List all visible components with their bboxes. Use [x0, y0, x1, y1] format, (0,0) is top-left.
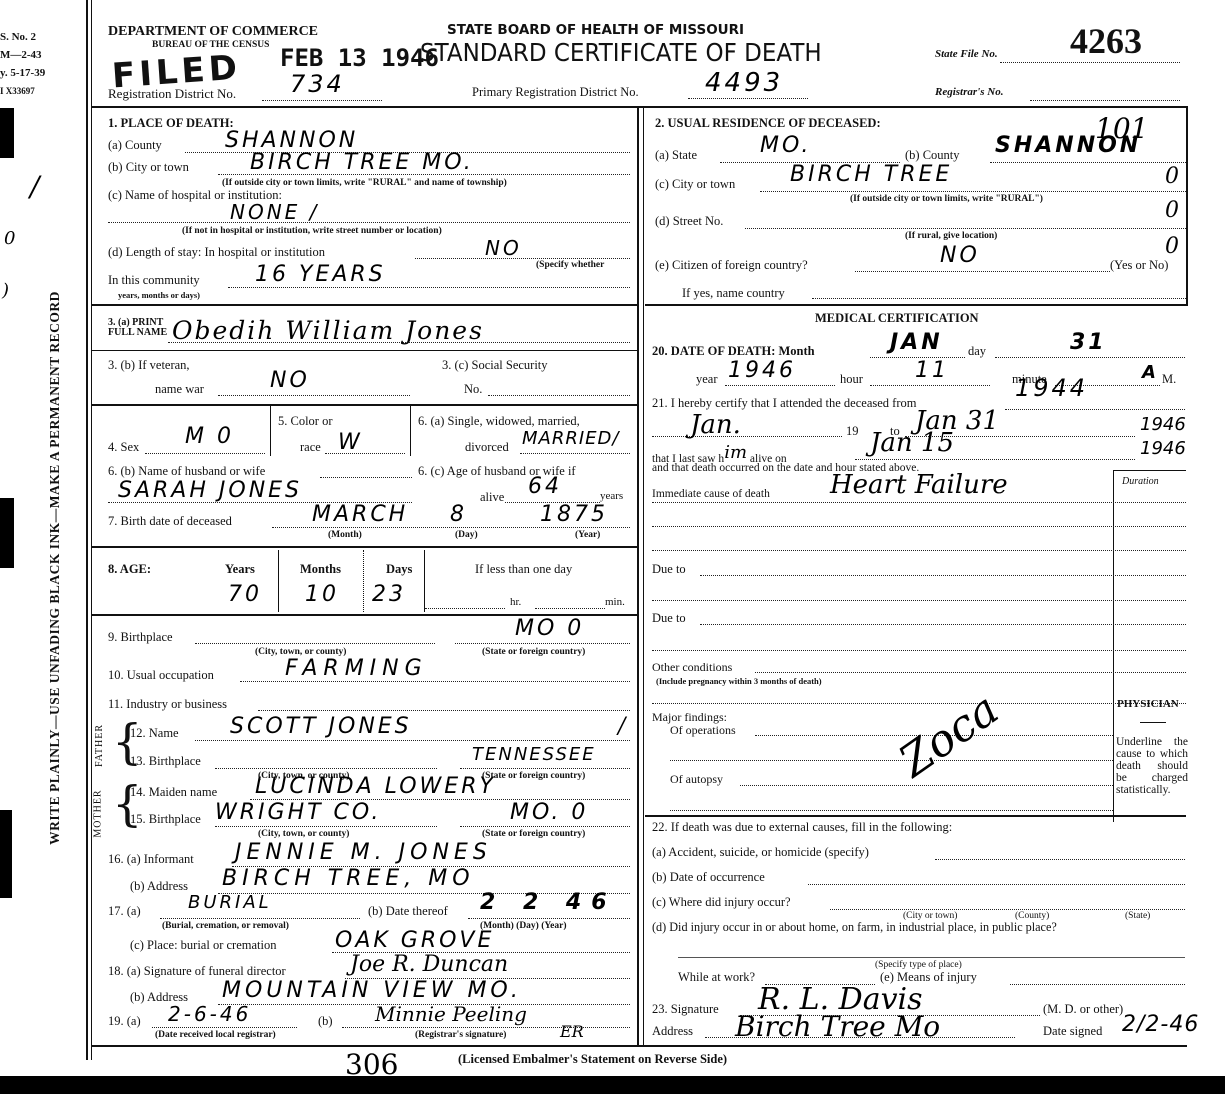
community-value: 16 YEARS	[255, 262, 386, 287]
date-received: 2-6-46	[168, 1002, 251, 1026]
duration-label: Duration	[1122, 476, 1159, 487]
death-date-label: 20. DATE OF DEATH: Month	[652, 344, 815, 359]
other-conditions-note: (Include pregnancy within 3 months of de…	[656, 676, 822, 686]
father-side-label: FATHER	[94, 724, 105, 767]
scan-edge-mark	[0, 810, 12, 898]
form-code: M—2-43	[0, 46, 45, 64]
age-months: 10	[305, 582, 339, 607]
years-label: years	[600, 490, 623, 502]
residence-mark: 0	[1165, 234, 1179, 259]
death-ampm: A	[1142, 362, 1159, 383]
death-day-label: day	[968, 344, 986, 359]
age-years-header: Years	[225, 562, 255, 577]
death-city: BIRCH TREE MO.	[250, 150, 474, 175]
mother-side-label: MOTHER	[93, 789, 104, 837]
ampm-suffix: M.	[1162, 372, 1176, 387]
attended-to-year: 1946	[1140, 414, 1186, 435]
residence-city-note: (If outside city or town limits, write "…	[850, 194, 1043, 204]
death-hour: 11	[915, 358, 949, 383]
disposition-date: 2 2 46	[480, 890, 617, 915]
full-name: Obedih William Jones	[172, 316, 484, 345]
external-d-note: (Specify type of place)	[875, 960, 962, 970]
margin-mark: 0	[4, 228, 15, 249]
street-note: (If rural, give location)	[905, 231, 997, 241]
autopsy-label: Of autopsy	[670, 772, 723, 787]
community-note: years, months or days)	[118, 290, 200, 300]
death-month: JAN	[890, 330, 943, 355]
father-mark: /	[618, 714, 625, 739]
informant-address-label: (b) Address	[130, 879, 188, 894]
burial-place: OAK GROVE	[335, 928, 494, 953]
death-date-heading: 20. DATE OF DEATH: Month	[652, 344, 815, 358]
mother-birthplace-label: 15. Birthplace	[130, 812, 201, 827]
marital-label: 6. (a) Single, widowed, married,	[418, 414, 580, 429]
residence-county-label: (b) County	[905, 148, 960, 163]
disposition-label: 17. (a)	[108, 904, 141, 919]
nineteen-label: 19	[846, 424, 859, 439]
other-conditions-label: Other conditions	[652, 660, 732, 675]
race-label: 5. Color or	[278, 414, 333, 429]
yes-no-note: (Yes or No)	[1110, 258, 1168, 273]
last-saw-him: im	[724, 442, 747, 463]
registrar-initials: ER	[560, 1022, 584, 1041]
registrar-label-b: (b)	[318, 1014, 333, 1029]
city-label: (b) City or town	[108, 160, 189, 175]
birthplace-state-note: (State or foreign country)	[482, 647, 585, 657]
frame-right	[1186, 106, 1188, 306]
informant-address: BIRCH TREE, MO	[222, 866, 475, 891]
birthplace-state: MO 0	[515, 616, 584, 641]
year-note: (Year)	[575, 530, 600, 540]
last-saw-date: Jan 15	[870, 428, 954, 458]
hr-label: hr.	[510, 596, 521, 608]
margin-mark: )	[2, 280, 9, 301]
race-value: W	[338, 430, 363, 455]
father-name: SCOTT JONES	[230, 714, 412, 739]
physician-label: PHYSICIAN	[1117, 698, 1179, 710]
external-heading: 22. If death was due to external causes,…	[652, 820, 952, 835]
specify-note: (Specify whether	[536, 260, 604, 270]
registrars-no-label: Registrar's No.	[935, 86, 1003, 98]
burial-place-label: (c) Place: burial or cremation	[130, 938, 276, 953]
residence-state: MO.	[760, 133, 811, 158]
community-label: In this community	[108, 273, 200, 288]
funeral-address: MOUNTAIN VIEW MO.	[222, 978, 522, 1003]
date-received-note: (Date received local registrar)	[155, 1030, 276, 1040]
cause-label: Immediate cause of death	[652, 488, 770, 500]
father-name-label: 12. Name	[130, 726, 179, 741]
residence-state-label: (a) State	[655, 148, 697, 163]
underline-note: Underline the cause to which death shoul…	[1116, 736, 1188, 796]
due-to-1-label: Due to	[652, 562, 686, 577]
primary-district-value: 4493	[705, 68, 783, 98]
column-divider	[643, 106, 644, 1046]
stay-hospital-value: NO	[485, 236, 522, 260]
age-years: 70	[228, 582, 262, 607]
date-signed-label: Date signed	[1043, 1024, 1102, 1039]
place-of-death-heading: 1. PLACE OF DEATH:	[108, 116, 234, 131]
physician-address-label: Address	[652, 1024, 693, 1039]
veteran-war-label: name war	[155, 382, 204, 397]
race-label-2: race	[300, 440, 321, 455]
embalmer-note: (Licensed Embalmer's Statement on Revers…	[458, 1052, 727, 1067]
name-label-line: FULL NAME	[108, 328, 167, 338]
registration-district-label: Registration District No.	[108, 86, 236, 102]
occupation-label: 10. Usual occupation	[108, 668, 214, 683]
coder-mark: Zoca	[890, 684, 1008, 788]
residence-mark: 0	[1165, 164, 1179, 189]
operations-label: Of operations	[670, 723, 736, 738]
external-c-note-state: (State)	[1125, 911, 1150, 921]
filed-date-stamp: FEB 13 1946	[280, 44, 439, 72]
residence-heading: 2. USUAL RESIDENCE OF DECEASED:	[655, 116, 881, 131]
scan-edge-mark	[0, 498, 14, 568]
scan-edge-mark	[0, 108, 14, 158]
marital-label-2: divorced	[465, 440, 509, 455]
sex-value: M 0	[185, 424, 234, 449]
veteran-value: NO	[270, 368, 310, 393]
mother-birthplace-state: MO. 0	[510, 800, 588, 825]
while-at-work-label: While at work?	[678, 970, 755, 985]
stay-label: (d) Length of stay: In hospital or insti…	[108, 245, 325, 260]
margin-rule	[86, 0, 88, 1060]
external-c-label: (c) Where did injury occur?	[652, 895, 791, 910]
registrars-no-line	[1030, 100, 1180, 101]
county-label: (a) County	[108, 138, 162, 153]
form-code: I X33697	[0, 82, 45, 100]
physician-signature-label: 23. Signature	[652, 1002, 719, 1017]
mother-city-note: (City, town, or county)	[258, 829, 349, 839]
social-security-no-label: No.	[464, 382, 482, 397]
funeral-director-label: 18. (a) Signature of funeral director	[108, 964, 286, 979]
occupation-value: FARMING	[285, 656, 428, 681]
disposition-method-note: (Burial, cremation, or removal)	[162, 921, 289, 931]
margin-instruction: WRITE PLAINLY—USE UNFADING BLACK INK—MAK…	[47, 193, 63, 943]
age-label: 8. AGE:	[108, 562, 151, 577]
death-year-label: year	[696, 372, 718, 387]
state-board-name: STATE BOARD OF HEALTH OF MISSOURI	[447, 22, 744, 38]
form-code: y. 5-17-39	[0, 64, 45, 82]
social-security-label: 3. (c) Social Security	[442, 358, 548, 373]
sex-label: 4. Sex	[108, 440, 139, 455]
residence-city-label: (c) City or town	[655, 177, 735, 192]
certify-label: 21. I hereby certify that I attended the…	[652, 396, 916, 411]
spouse-age: 64	[528, 474, 562, 499]
state-file-label: State File No.	[935, 48, 998, 60]
date-signed: 2/2-46	[1122, 1012, 1199, 1037]
street-label: (d) Street No.	[655, 214, 723, 229]
birth-year: 1875	[540, 502, 608, 527]
external-d-label: (d) Did injury occur in or about home, o…	[652, 920, 1057, 935]
frame-bottom	[92, 1045, 1187, 1047]
state-file-line	[1000, 62, 1180, 63]
external-b-label: (b) Date of occurrence	[652, 870, 765, 885]
primary-district-line	[688, 98, 808, 99]
due-to-2-label: Due to	[652, 611, 686, 626]
registrar-signature: Minnie Peeling	[375, 1002, 527, 1026]
residence-mark: 0	[1165, 198, 1179, 223]
age-days: 23	[372, 582, 406, 607]
age-months-header: Months	[300, 562, 341, 577]
last-saw-year: 1946	[1140, 438, 1186, 459]
margin-rule	[91, 0, 92, 1060]
birth-day: 8	[450, 502, 467, 527]
state-file-number: 4263	[1070, 20, 1142, 62]
father-birthplace-label: 13. Birthplace	[130, 754, 201, 769]
industry-label: 11. Industry or business	[108, 697, 227, 712]
mother-maiden-label: 14. Maiden name	[130, 785, 217, 800]
citizen-value: NO	[940, 243, 980, 268]
form-code-list: S. No. 2 M—2-43 y. 5-17-39 I X33697	[0, 28, 45, 100]
attended-from-month: Jan.	[690, 410, 741, 440]
primary-district-label: Primary Registration District No.	[472, 85, 639, 100]
father-state-note: (State or foreign country)	[482, 771, 585, 781]
birth-date-label: 7. Birth date of deceased	[108, 514, 232, 529]
immediate-cause: Heart Failure	[830, 470, 1008, 500]
spouse-age-label-2: alive	[480, 490, 504, 505]
mother-state-note: (State or foreign country)	[482, 829, 585, 839]
department-name: DEPARTMENT OF COMMERCE	[108, 24, 318, 40]
day-note: (Day)	[455, 530, 478, 540]
birthplace-label: 9. Birthplace	[108, 630, 173, 645]
disposition-method: BURIAL	[188, 892, 272, 913]
city-note: (If outside city or town limits, write "…	[222, 178, 507, 188]
age-days-header: Days	[386, 562, 412, 577]
veteran-label: 3. (b) If veteran,	[108, 358, 190, 373]
certificate-title: STANDARD CERTIFICATE OF DEATH	[420, 38, 822, 67]
physician-address: Birch Tree Mo	[735, 1010, 940, 1043]
funeral-director-signature: Joe R. Duncan	[350, 952, 508, 977]
md-label: (M. D. or other)	[1043, 1002, 1123, 1017]
attended-from-year: 1944	[1015, 374, 1088, 402]
mother-birthplace-city: WRIGHT CO.	[215, 800, 381, 825]
hospital-value: NONE /	[230, 200, 319, 224]
spouse-name: SARAH JONES	[118, 478, 302, 503]
mother-maiden-name: LUCINDA LOWERY	[255, 774, 496, 799]
marital-value: MARRIED/	[522, 428, 619, 449]
death-hour-label: hour	[840, 372, 863, 387]
country-label: If yes, name country	[682, 286, 785, 301]
age-less-header: If less than one day	[475, 562, 572, 577]
registrar-label-a: 19. (a)	[108, 1014, 141, 1029]
informant-label: 16. (a) Informant	[108, 852, 194, 867]
death-day: 31	[1070, 330, 1107, 355]
form-code: S. No. 2	[0, 28, 45, 46]
month-note: (Month)	[328, 530, 362, 540]
residence-county: SHANNON	[995, 133, 1141, 158]
column-divider	[637, 106, 639, 1046]
birth-month: MARCH	[312, 502, 408, 527]
registrar-sig-note: (Registrar's signature)	[415, 1030, 506, 1040]
informant-name: JENNIE M. JONES	[235, 840, 492, 865]
name-label: 3. (a) PRINT FULL NAME	[108, 318, 167, 338]
residence-city: BIRCH TREE	[790, 162, 952, 187]
margin-mark: /	[30, 170, 39, 203]
father-birthplace-state: TENNESSEE	[472, 744, 596, 765]
disposition-date-label: (b) Date thereof	[368, 904, 448, 919]
frame-top	[92, 106, 1187, 108]
scan-bottom-edge	[0, 1076, 1225, 1094]
death-year: 1946	[728, 358, 796, 383]
min-label: min.	[605, 596, 625, 608]
medical-heading: MEDICAL CERTIFICATION	[815, 311, 979, 326]
hospital-note: (If not in hospital or institution, writ…	[182, 226, 442, 236]
registration-district-line	[262, 100, 382, 101]
registration-district-value: 734	[290, 70, 345, 98]
spouse-label: 6. (b) Name of husband or wife	[108, 464, 265, 479]
citizen-label: (e) Citizen of foreign country?	[655, 258, 808, 273]
external-a-label: (a) Accident, suicide, or homicide (spec…	[652, 845, 869, 860]
